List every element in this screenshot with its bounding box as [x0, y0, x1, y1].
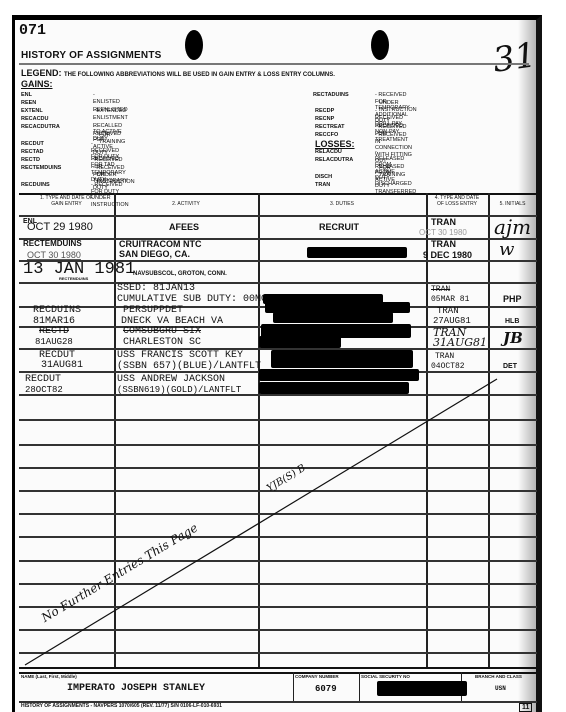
ssn-label: SOCIAL SECURITY NO [361, 674, 410, 679]
form-title: HISTORY OF ASSIGNMENTS [21, 50, 162, 61]
document-number: 071 [19, 22, 46, 39]
closing-strike-line [19, 193, 537, 669]
title-divider [19, 63, 529, 65]
handwritten-page-mark: 31 [490, 35, 538, 81]
gains-heading: GAINS: [21, 79, 53, 89]
legend-heading: LEGEND: THE FOLLOWING ABBREVIATIONS WILL… [21, 68, 335, 78]
document-page: 071 31 HISTORY OF ASSIGNMENTS LEGEND: TH… [12, 15, 542, 712]
name-label: NAME (Last, First, Middle) [21, 674, 77, 679]
branch-class: USN [495, 685, 506, 692]
company-number-label: COMPANY NUMBER [295, 674, 339, 679]
legend-text: THE FOLLOWING ABBREVIATIONS WILL BE USED… [64, 72, 335, 78]
redacted-ssn [377, 681, 467, 696]
punch-hole-icon [371, 30, 389, 60]
punch-hole-icon [185, 30, 203, 60]
service-member-name: IMPERATO JOSEPH STANLEY [67, 683, 205, 694]
page-number: 11 [519, 703, 532, 712]
legend-label: LEGEND: [21, 68, 62, 78]
assignments-table: 1. TYPE AND DATE OF GAIN ENTRY 2. ACTIVI… [19, 193, 537, 669]
company-number: 6079 [315, 684, 337, 694]
branch-label: BRANCH AND CLASS [475, 674, 522, 679]
losses-heading: LOSSES: [315, 139, 355, 149]
footer: NAME (Last, First, Middle) IMPERATO JOSE… [19, 672, 537, 712]
form-identifier: HISTORY OF ASSIGNMENTS - NAVPERS 1070/60… [21, 703, 222, 709]
